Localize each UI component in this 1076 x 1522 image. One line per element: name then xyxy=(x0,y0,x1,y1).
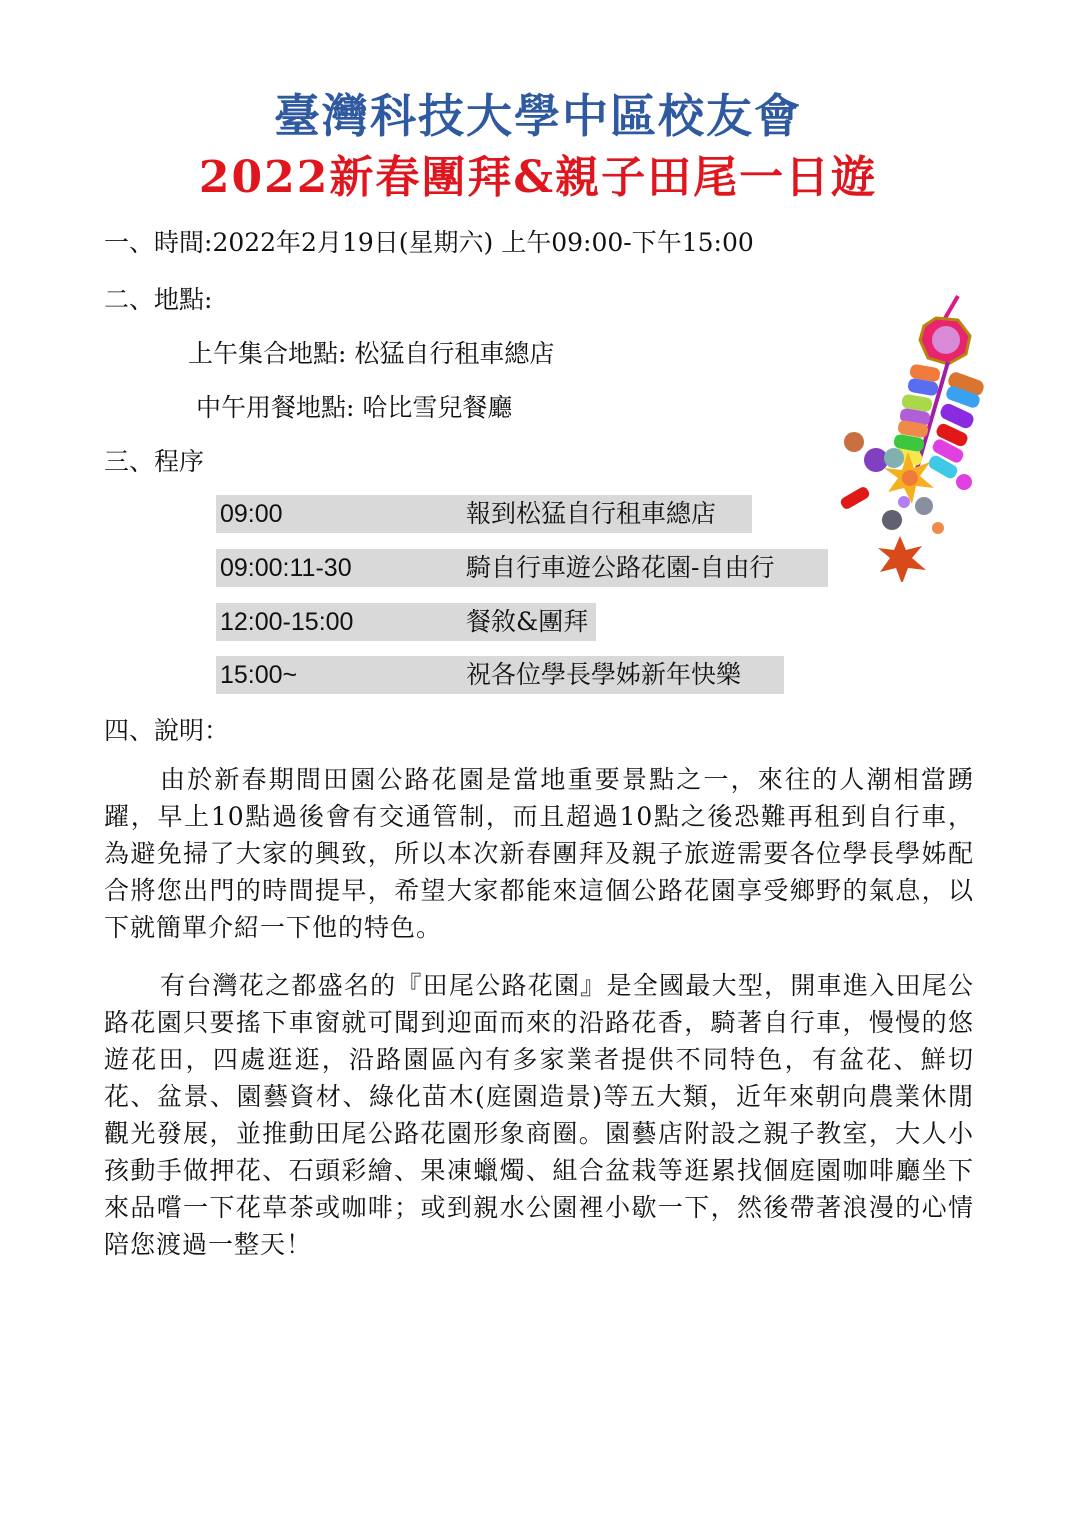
lunch-location-label: 中午用餐地點: xyxy=(196,393,354,422)
firecracker-icon xyxy=(836,292,1006,582)
schedule-row: 12:00-15:00 餐敘&團拜 xyxy=(216,603,596,641)
morning-location-label: 上午集合地點: xyxy=(188,339,346,368)
time-value: 2022年2月19日(星期六) 上午09:00-下午15:00 xyxy=(212,228,753,257)
event-subtitle: 2022新春團拜&親子田尾一日遊 xyxy=(0,148,1076,208)
program-label: 三、程序 xyxy=(104,445,204,479)
page-title: 臺灣科技大學中區校友會 xyxy=(0,86,1076,146)
time-section: 一、時間:2022年2月19日(星期六) 上午09:00-下午15:00 xyxy=(104,226,754,260)
schedule-row: 09:00 報到松猛自行租車總店 xyxy=(216,495,752,533)
time-label: 一、時間: xyxy=(104,228,212,257)
schedule-time: 12:00-15:00 xyxy=(220,603,353,641)
lunch-location-value: 哈比雪兒餐廳 xyxy=(362,393,512,422)
location-label: 二、地點: xyxy=(104,283,212,317)
schedule-time: 09:00:11-30 xyxy=(220,549,352,587)
schedule-time: 15:00~ xyxy=(220,656,297,694)
schedule-row: 15:00~ 祝各位學長學姊新年快樂 xyxy=(216,656,784,694)
schedule-desc: 祝各位學長學姊新年快樂 xyxy=(466,656,741,694)
schedule-desc: 報到松猛自行租車總店 xyxy=(466,495,716,533)
description-paragraph-1: 由於新春期間田園公路花園是當地重要景點之一，來往的人潮相當踴躍，早上10點過後會… xyxy=(104,761,974,946)
morning-location-value: 松猛自行租車總店 xyxy=(354,339,554,368)
lunch-location: 中午用餐地點: 哈比雪兒餐廳 xyxy=(196,391,512,425)
schedule-desc: 騎自行車遊公路花園-自由行 xyxy=(466,549,774,587)
schedule-time: 09:00 xyxy=(220,495,283,533)
description-label: 四、說明： xyxy=(104,714,229,748)
morning-location: 上午集合地點: 松猛自行租車總店 xyxy=(188,337,554,371)
schedule-desc: 餐敘&團拜 xyxy=(466,603,588,641)
description-paragraph-2: 有台灣花之都盛名的『田尾公路花園』是全國最大型，開車進入田尾公路花園只要搖下車窗… xyxy=(104,967,974,1263)
schedule-row: 09:00:11-30 騎自行車遊公路花園-自由行 xyxy=(216,549,828,587)
